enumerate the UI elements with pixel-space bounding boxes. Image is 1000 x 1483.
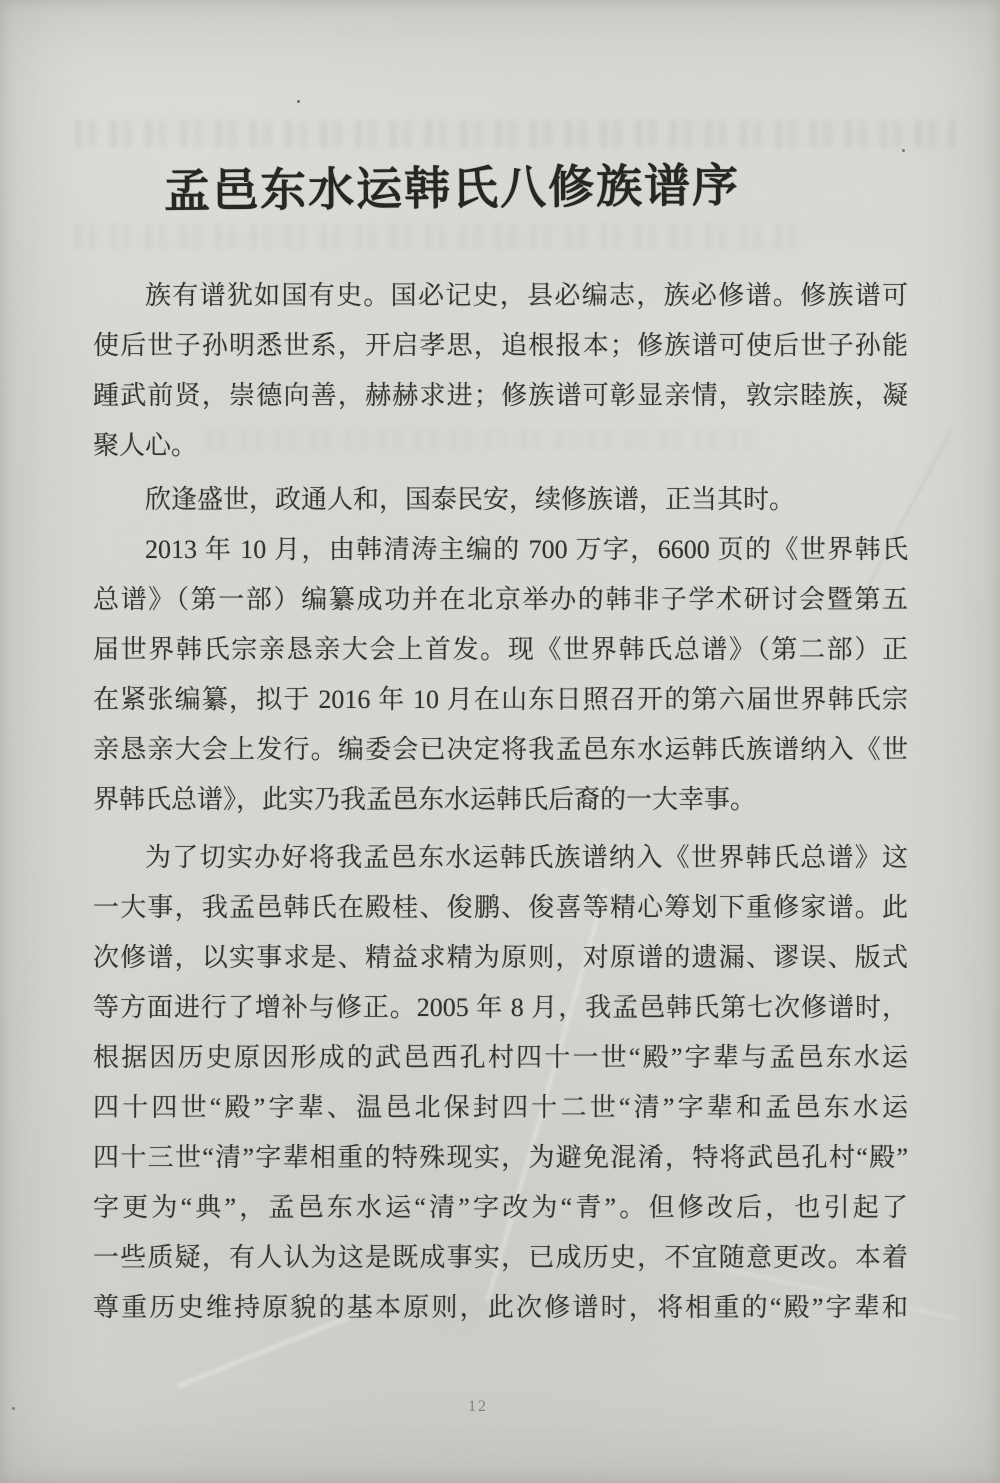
- scanned-genealogy-page: 孟邑东水运韩氏八修族谱序 族有谱犹如国有史。国必记史，县必编志，族必修谱。修族谱…: [0, 0, 1000, 1483]
- paragraph: 族有谱犹如国有史。国必记史，县必编志，族必修谱。修族谱可使后世子孙明悉世系，开启…: [93, 271, 908, 471]
- text-line: 一些质疑，有人认为这是既成事实，已成历史，不宜随意更改。本着: [93, 1233, 908, 1283]
- text-line: 聚人心。: [93, 421, 908, 471]
- bleedthrough-band: [75, 120, 955, 148]
- text-line: 根据因历史原因形成的武邑西孔村四十一世“殿”字辈与孟邑东水运: [93, 1033, 908, 1083]
- text-line: 次修谱，以实事求是、精益求精为原则，对原谱的遗漏、谬误、版式: [93, 933, 908, 983]
- text-line: 四十四世“殿”字辈、温邑北保封四十二世“清”字辈和孟邑东水运: [93, 1083, 908, 1133]
- text-line: 在紧张编纂，拟于 2016 年 10 月在山东日照召开的第六届世界韩氏宗: [93, 675, 908, 725]
- ink-speck: [297, 100, 300, 103]
- text-line: 届世界韩氏宗亲恳亲大会上首发。现《世界韩氏总谱》（第二部）正: [93, 625, 908, 675]
- text-line: 踵武前贤，崇德向善，赫赫求进；修族谱可彰显亲情，敦宗睦族，凝: [93, 371, 908, 421]
- text-line: 族有谱犹如国有史。国必记史，县必编志，族必修谱。修族谱可: [93, 271, 908, 321]
- text-line: 使后世子孙明悉世系，开启孝思，追根报本；修族谱可使后世子孙能: [93, 321, 908, 371]
- text-line: 尊重历史维持原貌的基本原则，此次修谱时，将相重的“殿”字辈和: [93, 1283, 908, 1333]
- body-text: 族有谱犹如国有史。国必记史，县必编志，族必修谱。修族谱可使后世子孙明悉世系，开启…: [93, 271, 908, 1333]
- bleedthrough-band: [75, 224, 805, 249]
- paragraph: 2013 年 10 月，由韩清涛主编的 700 万字，6600 页的《世界韩氏总…: [93, 525, 908, 825]
- text-line: 欣逢盛世，政通人和，国泰民安，续修族谱，正当其时。: [93, 475, 908, 525]
- page-title: 孟邑东水运韩氏八修族谱序: [164, 149, 741, 221]
- text-line: 亲恳亲大会上发行。编委会已决定将我孟邑东水运韩氏族谱纳入《世: [93, 725, 908, 775]
- text-line: 2013 年 10 月，由韩清涛主编的 700 万字，6600 页的《世界韩氏: [93, 525, 908, 575]
- text-line: 字更为“典”，孟邑东水运“清”字改为“青”。但修改后，也引起了: [93, 1183, 908, 1233]
- text-line: 界韩氏总谱》，此实乃我孟邑东水运韩氏后裔的一大幸事。: [93, 775, 908, 825]
- ink-speck: [12, 1407, 15, 1410]
- paragraph: 欣逢盛世，政通人和，国泰民安，续修族谱，正当其时。: [93, 475, 908, 525]
- text-line: 等方面进行了增补与修正。2005 年 8 月，我孟邑韩氏第七次修谱时，: [93, 983, 908, 1033]
- text-line: 总谱》（第一部）编纂成功并在北京举办的韩非子学术研讨会暨第五: [93, 575, 908, 625]
- page-number: 12: [468, 1398, 488, 1416]
- paragraph: 为了切实办好将我孟邑东水运韩氏族谱纳入《世界韩氏总谱》这一大事，我孟邑韩氏在殿桂…: [93, 833, 908, 1333]
- text-line: 为了切实办好将我孟邑东水运韩氏族谱纳入《世界韩氏总谱》这: [93, 833, 908, 883]
- text-line: 四十三世“清”字辈相重的特殊现实，为避免混淆，特将武邑孔村“殿”: [93, 1133, 908, 1183]
- text-line: 一大事，我孟邑韩氏在殿桂、俊鹏、俊喜等精心筹划下重修家谱。此: [93, 883, 908, 933]
- ink-speck: [902, 149, 905, 152]
